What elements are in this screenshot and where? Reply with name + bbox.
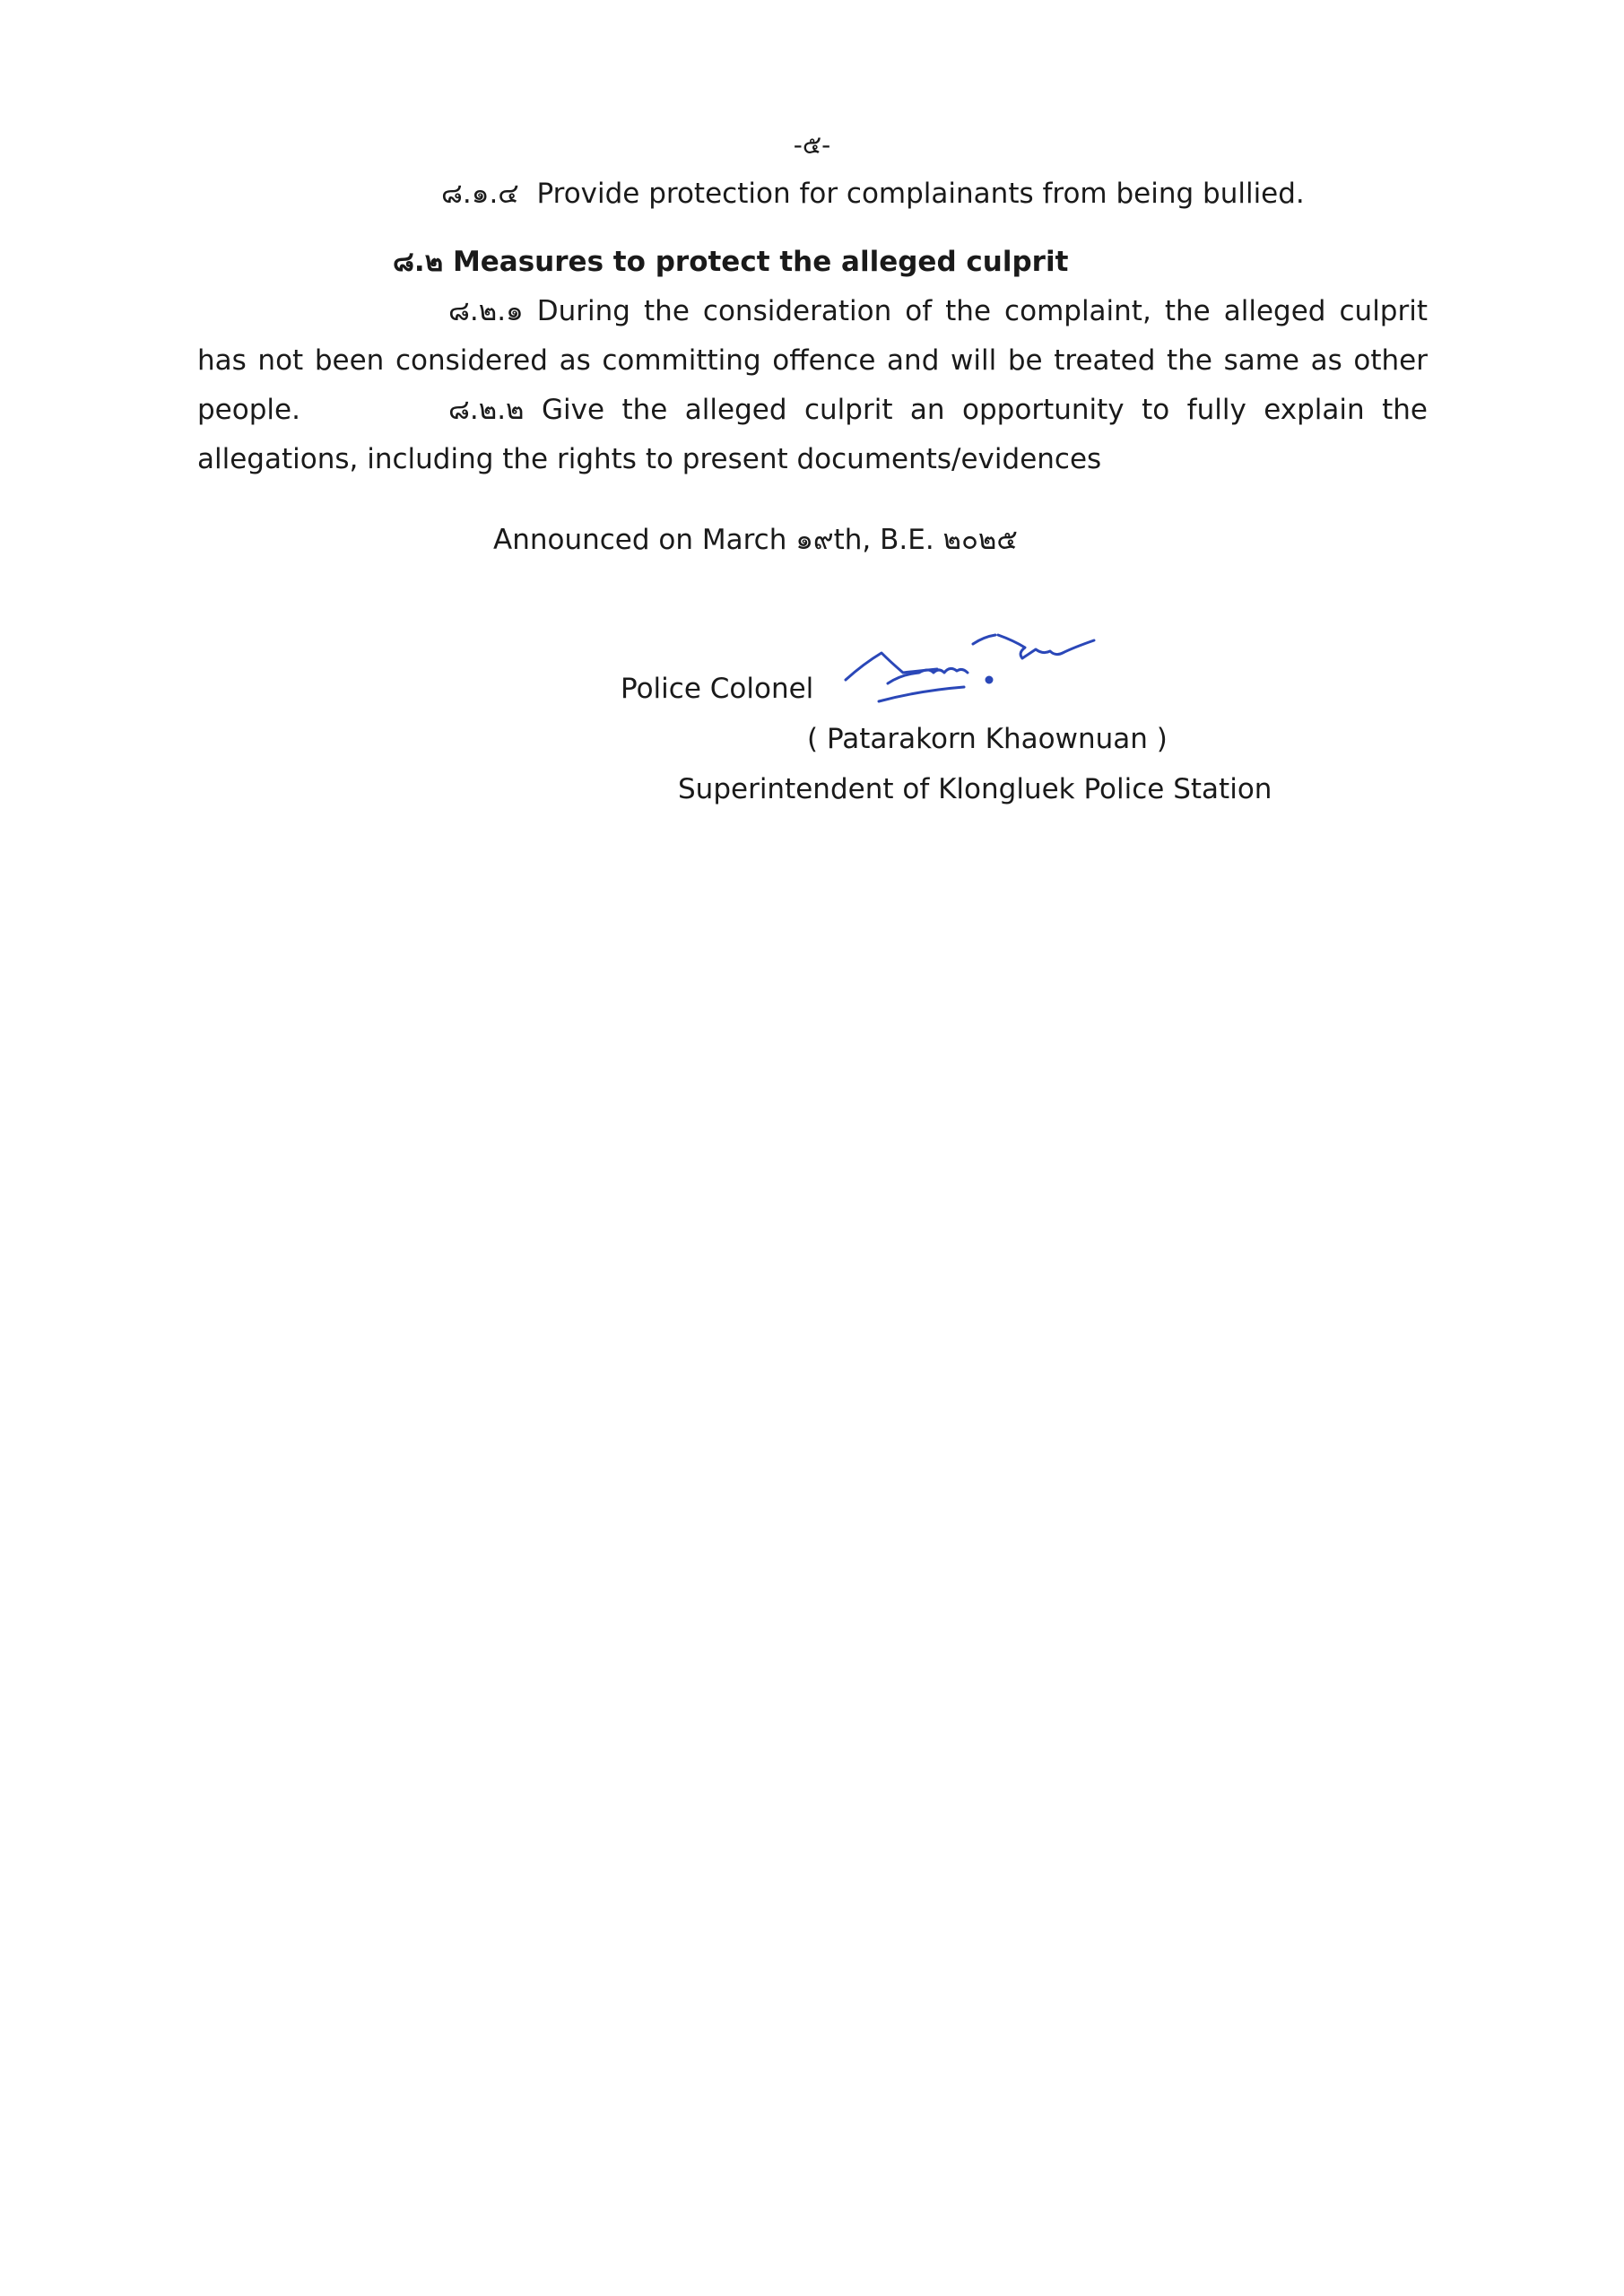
page-number: -๕-: [0, 127, 1624, 163]
signatory-title: Superintendent of Klongluek Police Stati…: [678, 771, 1272, 807]
item-text: Provide protection for complainants from…: [536, 178, 1304, 210]
signatory-name: ( Patarakorn Khaownuan ): [807, 721, 1168, 757]
item-number: ๘.๑.๔: [441, 178, 519, 210]
section-number: ๘.๒: [393, 246, 443, 278]
announcement-date: Announced on March ๑๙th, B.E. ๒๐๒๕: [493, 522, 1018, 558]
subitem-number: ๘.๒.๑: [448, 295, 524, 327]
item-8-1-4: ๘.๑.๔ Provide protection for complainant…: [441, 176, 1305, 212]
section-heading: ๘.๒ Measures to protect the alleged culp…: [393, 244, 1068, 280]
subitem-text: Give the alleged culprit an opportunity …: [197, 394, 1428, 475]
subitem-8-2-2: ๘.๒.๒ Give the alleged culprit an opport…: [197, 386, 1428, 484]
subitem-number: ๘.๒.๒: [448, 394, 525, 426]
section-title: Measures to protect the alleged culprit: [453, 246, 1068, 278]
signature-icon: [838, 628, 1107, 709]
signatory-rank: Police Colonel: [621, 671, 813, 707]
